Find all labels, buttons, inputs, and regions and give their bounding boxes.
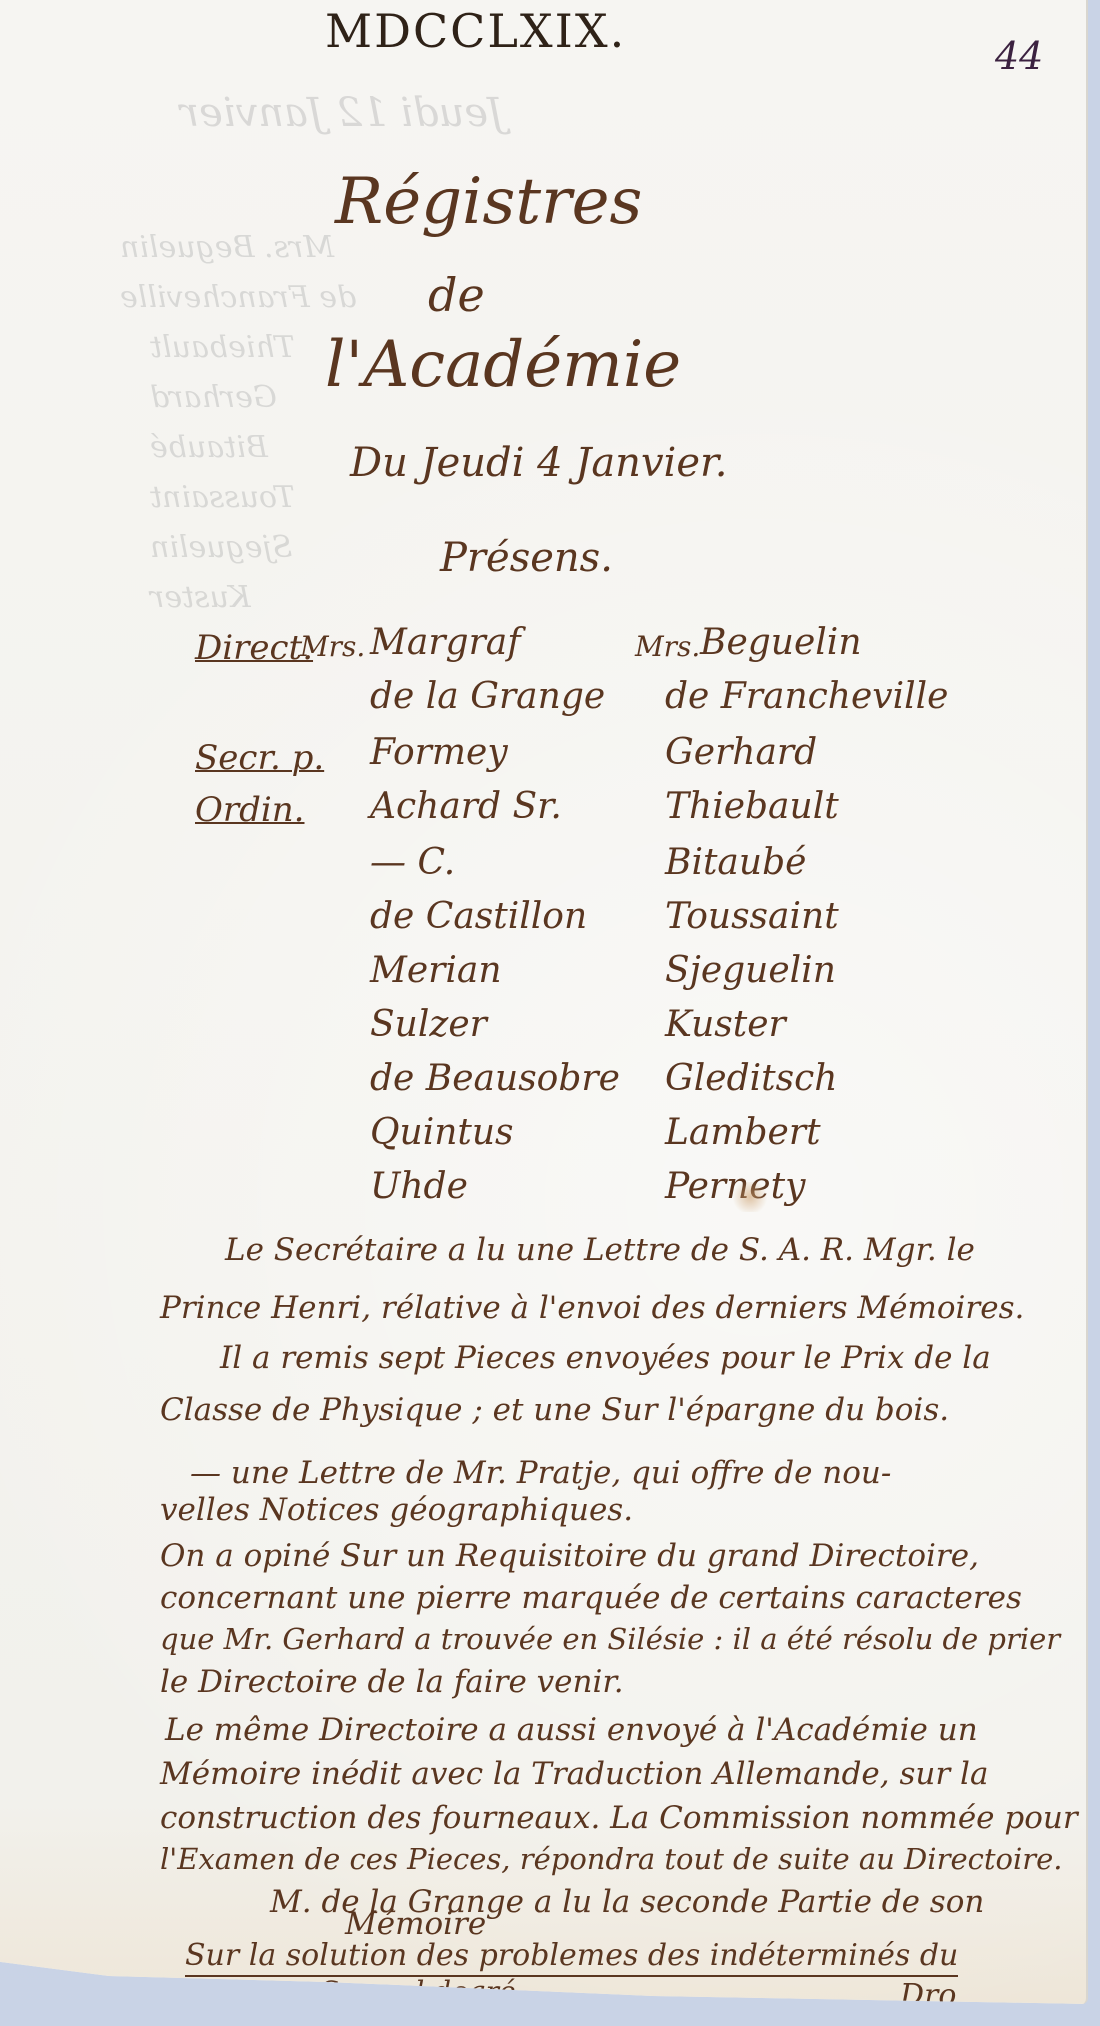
member-name: Beguelin (700, 622, 862, 663)
member-name: Sjeguelin (665, 950, 836, 991)
minutes-line: Mémoire inédit avec la Traduction Allema… (160, 1756, 988, 1792)
minutes-line: Mémoire (345, 1906, 486, 1942)
year-heading: MDCCLXIX. (325, 4, 626, 58)
bleed-through-name: Kuster (150, 580, 251, 615)
members-prefix-col1: Mrs. (300, 630, 365, 663)
member-name: — C. (370, 842, 455, 883)
bleed-through-name: de Francheville (120, 280, 356, 315)
member-name: de Beausobre (370, 1058, 620, 1099)
bleed-through-name: Gerhard (150, 380, 277, 415)
minutes-line: — une Lettre de Mr. Pratje, qui offre de… (190, 1455, 891, 1491)
minutes-line: Classe de Physique ; et une Sur l'épargn… (160, 1392, 949, 1428)
member-name: de Castillon (370, 896, 587, 937)
bleed-through-name: Toussaint (150, 480, 295, 515)
bleed-through-name: Bitaubé (150, 430, 268, 465)
minutes-line: On a opiné Sur un Requisitoire du grand … (160, 1538, 979, 1574)
member-name: Kuster (665, 1004, 786, 1045)
bleed-through-date: Jeudi 12 Janvier (180, 90, 504, 136)
member-name: Merian (370, 950, 502, 991)
member-name: Quintus (370, 1112, 514, 1153)
minutes-line: l'Examen de ces Pieces, répondra tout de… (160, 1842, 1062, 1876)
title-academie: l'Académie (325, 328, 681, 402)
member-name: Lambert (665, 1112, 821, 1153)
manuscript-page: Jeudi 12 Janvier Mrs. Beguelin de Franch… (0, 0, 1088, 2004)
minutes-line: Le même Directoire a aussi envoyé à l'Ac… (165, 1712, 978, 1748)
role-secretary: Secr. p. (195, 738, 324, 778)
minutes-line: que Mr. Gerhard a trouvée en Silésie : i… (160, 1622, 1060, 1656)
ink-stain (730, 1182, 770, 1212)
member-name: Formey (370, 732, 508, 773)
members-prefix-col2: Mrs. (635, 630, 700, 663)
memoir-title-line1: Sur la solution des problemes des indéte… (185, 1938, 958, 1977)
title-registres: Régistres (335, 165, 642, 239)
minutes-line: construction des fourneaux. La Commissio… (160, 1800, 1078, 1836)
member-name: Gerhard (665, 732, 817, 773)
minutes-line: Le Secrétaire a lu une Lettre de S. A. R… (225, 1232, 975, 1268)
catchword: Dro (900, 1978, 956, 2013)
member-name: Thiebault (665, 786, 839, 827)
member-name: de la Grange (370, 676, 605, 717)
member-name: de Francheville (665, 676, 948, 717)
member-name: Margraf (370, 622, 521, 663)
member-name: Achard Sr. (370, 786, 562, 827)
minutes-line: velles Notices géographiques. (160, 1492, 633, 1528)
minutes-line: concernant une pierre marquée de certain… (160, 1580, 1022, 1616)
bleed-through-name: Thiebault (150, 330, 295, 365)
minutes-line: Il a remis sept Pieces envoyées pour le … (220, 1340, 991, 1376)
bleed-through-name: Sjeguelin (150, 530, 292, 565)
member-name: Toussaint (665, 896, 839, 937)
meeting-date: Du Jeudi 4 Janvier. (350, 440, 727, 486)
minutes-line: Prince Henri, rélative à l'envoi des der… (160, 1290, 1024, 1326)
member-name: Bitaubé (665, 842, 806, 883)
minutes-line: le Directoire de la faire venir. (160, 1664, 624, 1700)
memoir-title-line2: Second degré. (320, 1975, 524, 2012)
role-ordinary: Ordin. (195, 790, 304, 830)
member-name: Sulzer (370, 1004, 487, 1045)
title-de: de (428, 268, 485, 322)
member-name: Gleditsch (665, 1058, 837, 1099)
bleed-through-name: Mrs. Beguelin (120, 230, 334, 265)
member-name: Uhde (370, 1166, 468, 1207)
attendance-heading: Présens. (440, 535, 613, 581)
role-director: Direct. (195, 628, 313, 668)
folio-number: 44 (995, 34, 1043, 78)
